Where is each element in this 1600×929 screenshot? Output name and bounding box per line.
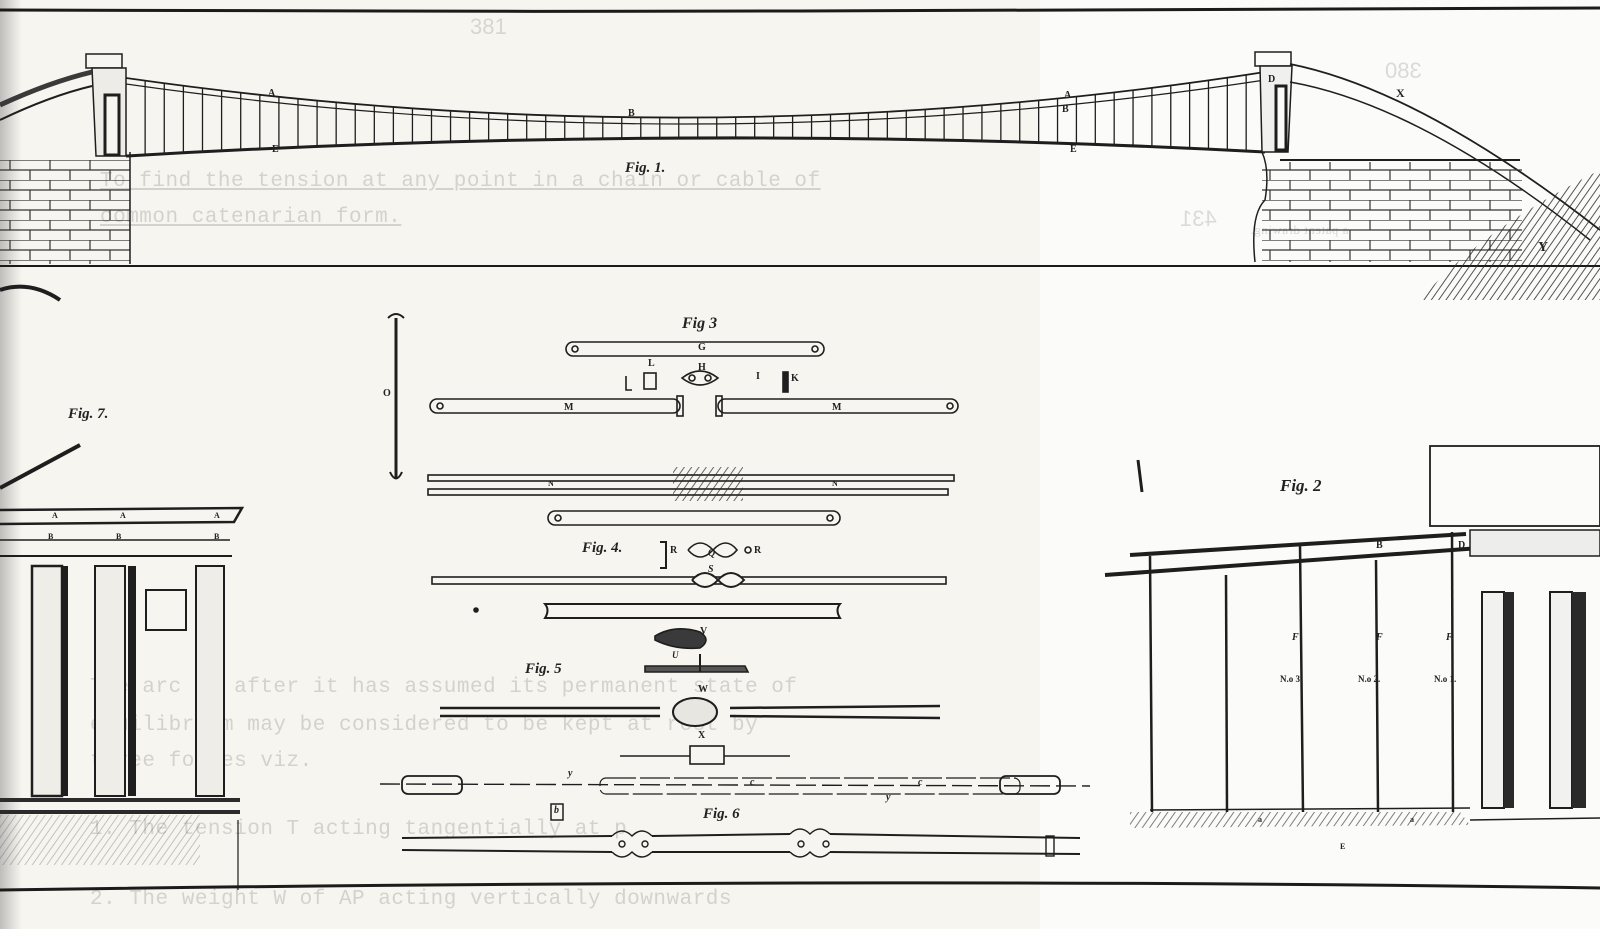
fig2-label-B: B bbox=[1376, 540, 1383, 551]
fig3-label-M2: M bbox=[832, 402, 841, 413]
fig5-label-W: W bbox=[698, 684, 708, 695]
fig6-caption: Fig. 6 bbox=[703, 806, 740, 823]
fig5-joint-pieces bbox=[440, 629, 940, 764]
fig1-label-Y: Y bbox=[1538, 240, 1548, 256]
scanned-plate: 381 380 431 a patent drawing. To find th… bbox=[0, 0, 1600, 929]
fig2-label-D: D bbox=[1458, 540, 1465, 551]
fig3-label-N1: N bbox=[548, 479, 554, 488]
fig1-bridge bbox=[0, 52, 1600, 300]
fig7-portal bbox=[0, 445, 242, 865]
fig1-caption: Fig. 1. bbox=[625, 160, 665, 177]
fig2-side-elevation bbox=[1105, 446, 1600, 828]
fig3-label-L: L bbox=[648, 358, 655, 369]
fig7-label-A2: A bbox=[120, 511, 126, 520]
fig3-label-K: K bbox=[791, 373, 799, 384]
fig3-caption: Fig 3 bbox=[682, 315, 717, 333]
fig6-label-c1: c bbox=[750, 777, 754, 788]
fig3-label-N2: N bbox=[832, 479, 838, 488]
fig3-label-I: I bbox=[756, 371, 760, 382]
fig6-label-y2: y bbox=[886, 792, 890, 803]
fig6-label-y1: y bbox=[568, 768, 572, 779]
fig7-label-A3: A bbox=[214, 511, 220, 520]
fig4-connecting-pieces bbox=[432, 542, 946, 618]
fig1-label-A-left: A bbox=[268, 88, 275, 99]
fig1-label-B-right: B bbox=[1062, 104, 1069, 115]
fig1-label-E-right: E bbox=[1070, 144, 1077, 155]
fig4-label-R2: R bbox=[754, 545, 761, 556]
fig5-caption: Fig. 5 bbox=[525, 661, 562, 678]
fig4-label-R1: R bbox=[670, 545, 677, 556]
fig3-label-G: G bbox=[698, 342, 706, 353]
fig6-label-c2: c bbox=[918, 777, 922, 788]
fig2-label-F1: F bbox=[1292, 632, 1299, 643]
fig3-label-O: O bbox=[383, 388, 391, 399]
fig5-label-V: V bbox=[700, 626, 707, 637]
fig2-label-a1: a bbox=[1258, 815, 1262, 824]
fig7-label-B2: B bbox=[116, 532, 121, 541]
fig2-label-no1: N.o 1. bbox=[1434, 674, 1456, 684]
fig1-label-E-left: E bbox=[272, 144, 279, 155]
fig7-label-A1: A bbox=[52, 511, 58, 520]
fig2-caption: Fig. 2 bbox=[1280, 476, 1322, 496]
fig1-label-A-right: A bbox=[1064, 90, 1071, 101]
fig2-label-F3: F bbox=[1446, 632, 1453, 643]
fig2-label-no2: N.o 2. bbox=[1358, 674, 1380, 684]
plate-drawing bbox=[0, 0, 1600, 929]
fig1-label-D: D bbox=[1268, 74, 1275, 85]
fig4-label-Q: Q bbox=[708, 548, 715, 559]
fig1-label-B-mid: B bbox=[628, 108, 635, 119]
plate-borders bbox=[0, 8, 1600, 890]
fig4-label-S: S bbox=[708, 564, 714, 575]
fig5-label-U: U bbox=[672, 650, 679, 660]
fig2-label-a2: a bbox=[1410, 815, 1414, 824]
fig3-chain-links bbox=[388, 314, 958, 525]
fig2-label-F2: F bbox=[1376, 632, 1383, 643]
fig6-label-b: b bbox=[554, 805, 559, 816]
fig7-caption: Fig. 7. bbox=[68, 406, 108, 423]
fig2-label-E: E bbox=[1340, 842, 1345, 851]
fig1-label-X: X bbox=[1396, 86, 1405, 101]
fig5-label-X: X bbox=[698, 730, 705, 741]
fig3-label-M1: M bbox=[564, 402, 573, 413]
fig3-label-H: H bbox=[698, 362, 706, 373]
fig2-label-no3: N.o 3. bbox=[1280, 674, 1302, 684]
fig4-caption: Fig. 4. bbox=[582, 540, 622, 557]
fig7-label-B3: B bbox=[214, 532, 219, 541]
fig7-label-B1: B bbox=[48, 532, 53, 541]
